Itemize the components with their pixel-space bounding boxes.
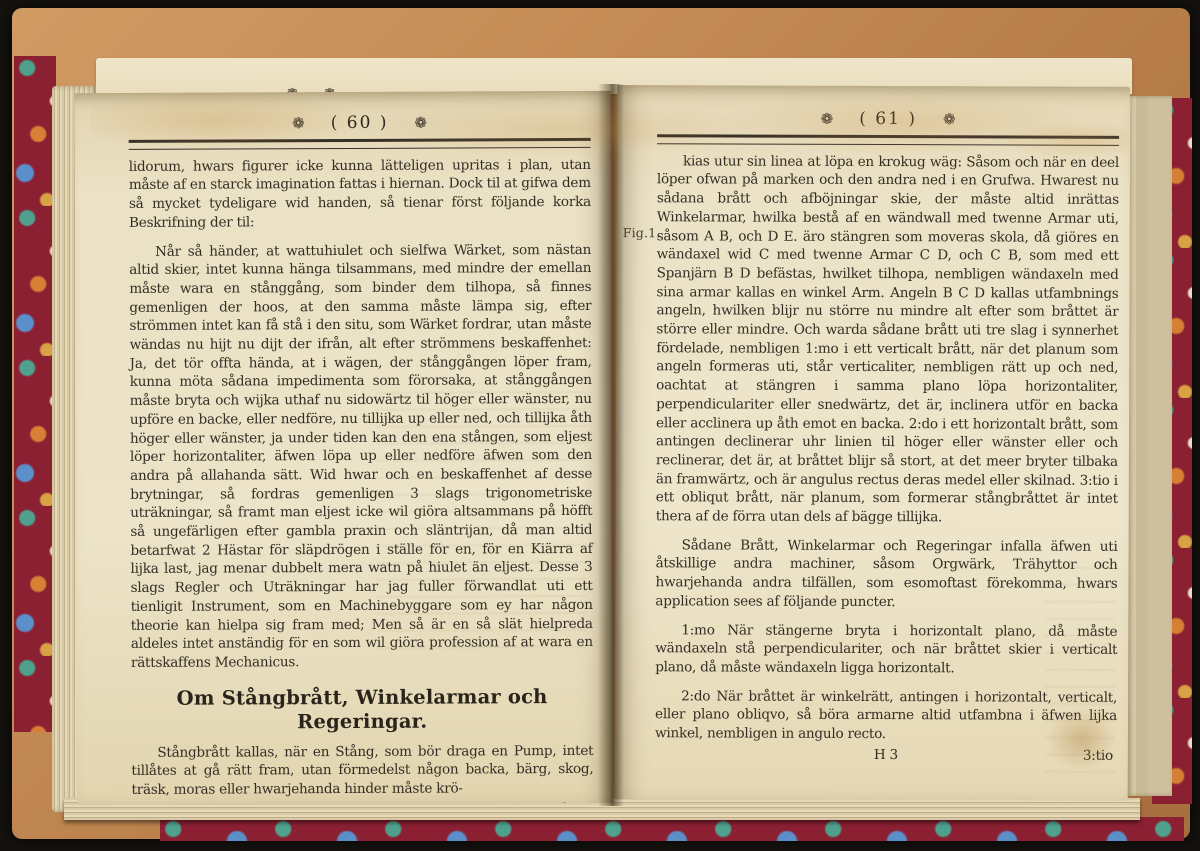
paragraph: lidorum, hwars figurer icke kunna lättel… bbox=[129, 156, 591, 233]
paragraph: Sådane Brått, Winkelarmar och Regeringar… bbox=[655, 536, 1117, 612]
left-page: ❁ ( 60 ) ❁ lidorum, hwars figurer icke k… bbox=[74, 91, 613, 805]
catchword: 3:tio bbox=[1083, 747, 1113, 766]
rosette-icon: ❁ bbox=[821, 110, 834, 129]
right-page-text-column: ❁ ( 61 ) ❁ kias utur sin linea at löpa e… bbox=[655, 109, 1119, 766]
paragraph: 1:mo När stängerne bryta i horizontalt p… bbox=[655, 621, 1117, 679]
rosette-icon: ❁ bbox=[943, 110, 956, 129]
right-page: Fig.1. ❁ ( 61 ) ❁ kias utur sin linea at… bbox=[615, 85, 1130, 801]
marbled-cover-left bbox=[14, 56, 56, 732]
header-rule bbox=[657, 134, 1119, 146]
rosette-icon: ❁ bbox=[292, 114, 305, 133]
right-page-number: ( 61 ) bbox=[859, 110, 917, 129]
book-photograph: ❁ ❁ ❁ ❁ ❁ ( 60 ) ❁ lidorum, hwars figure… bbox=[0, 0, 1200, 851]
paragraph: kias utur sin linea at löpa en krokug wä… bbox=[656, 152, 1119, 528]
flyleaf-edge-right bbox=[1128, 96, 1172, 796]
marbled-cover-bottom bbox=[160, 817, 1184, 841]
rosette-icon: ❁ bbox=[414, 114, 427, 133]
paragraph: Når så händer, at wattuhiulet och sielfw… bbox=[129, 240, 593, 672]
signature-mark: H 3 bbox=[655, 745, 1117, 765]
left-page-number: ( 60 ) bbox=[331, 114, 389, 133]
gutter-shadow bbox=[598, 84, 624, 806]
right-page-footer: H 3 3:tio bbox=[655, 745, 1117, 767]
header-rule bbox=[129, 138, 591, 150]
section-heading: Om Stångbrått, Winkelarmar och Regeringa… bbox=[131, 685, 593, 735]
paragraph: 2:do När bråttet är winkelrätt, antingen… bbox=[655, 687, 1117, 745]
left-page-header: ❁ ( 60 ) ❁ bbox=[129, 113, 591, 134]
left-page-text-column: ❁ ( 60 ) ❁ lidorum, hwars figurer icke k… bbox=[129, 113, 594, 805]
figure-margin-note: Fig.1. bbox=[623, 225, 661, 240]
paragraph: Stångbrått kallas, när en Stång, som bör… bbox=[131, 742, 593, 800]
right-page-header: ❁ ( 61 ) ❁ bbox=[657, 109, 1119, 129]
